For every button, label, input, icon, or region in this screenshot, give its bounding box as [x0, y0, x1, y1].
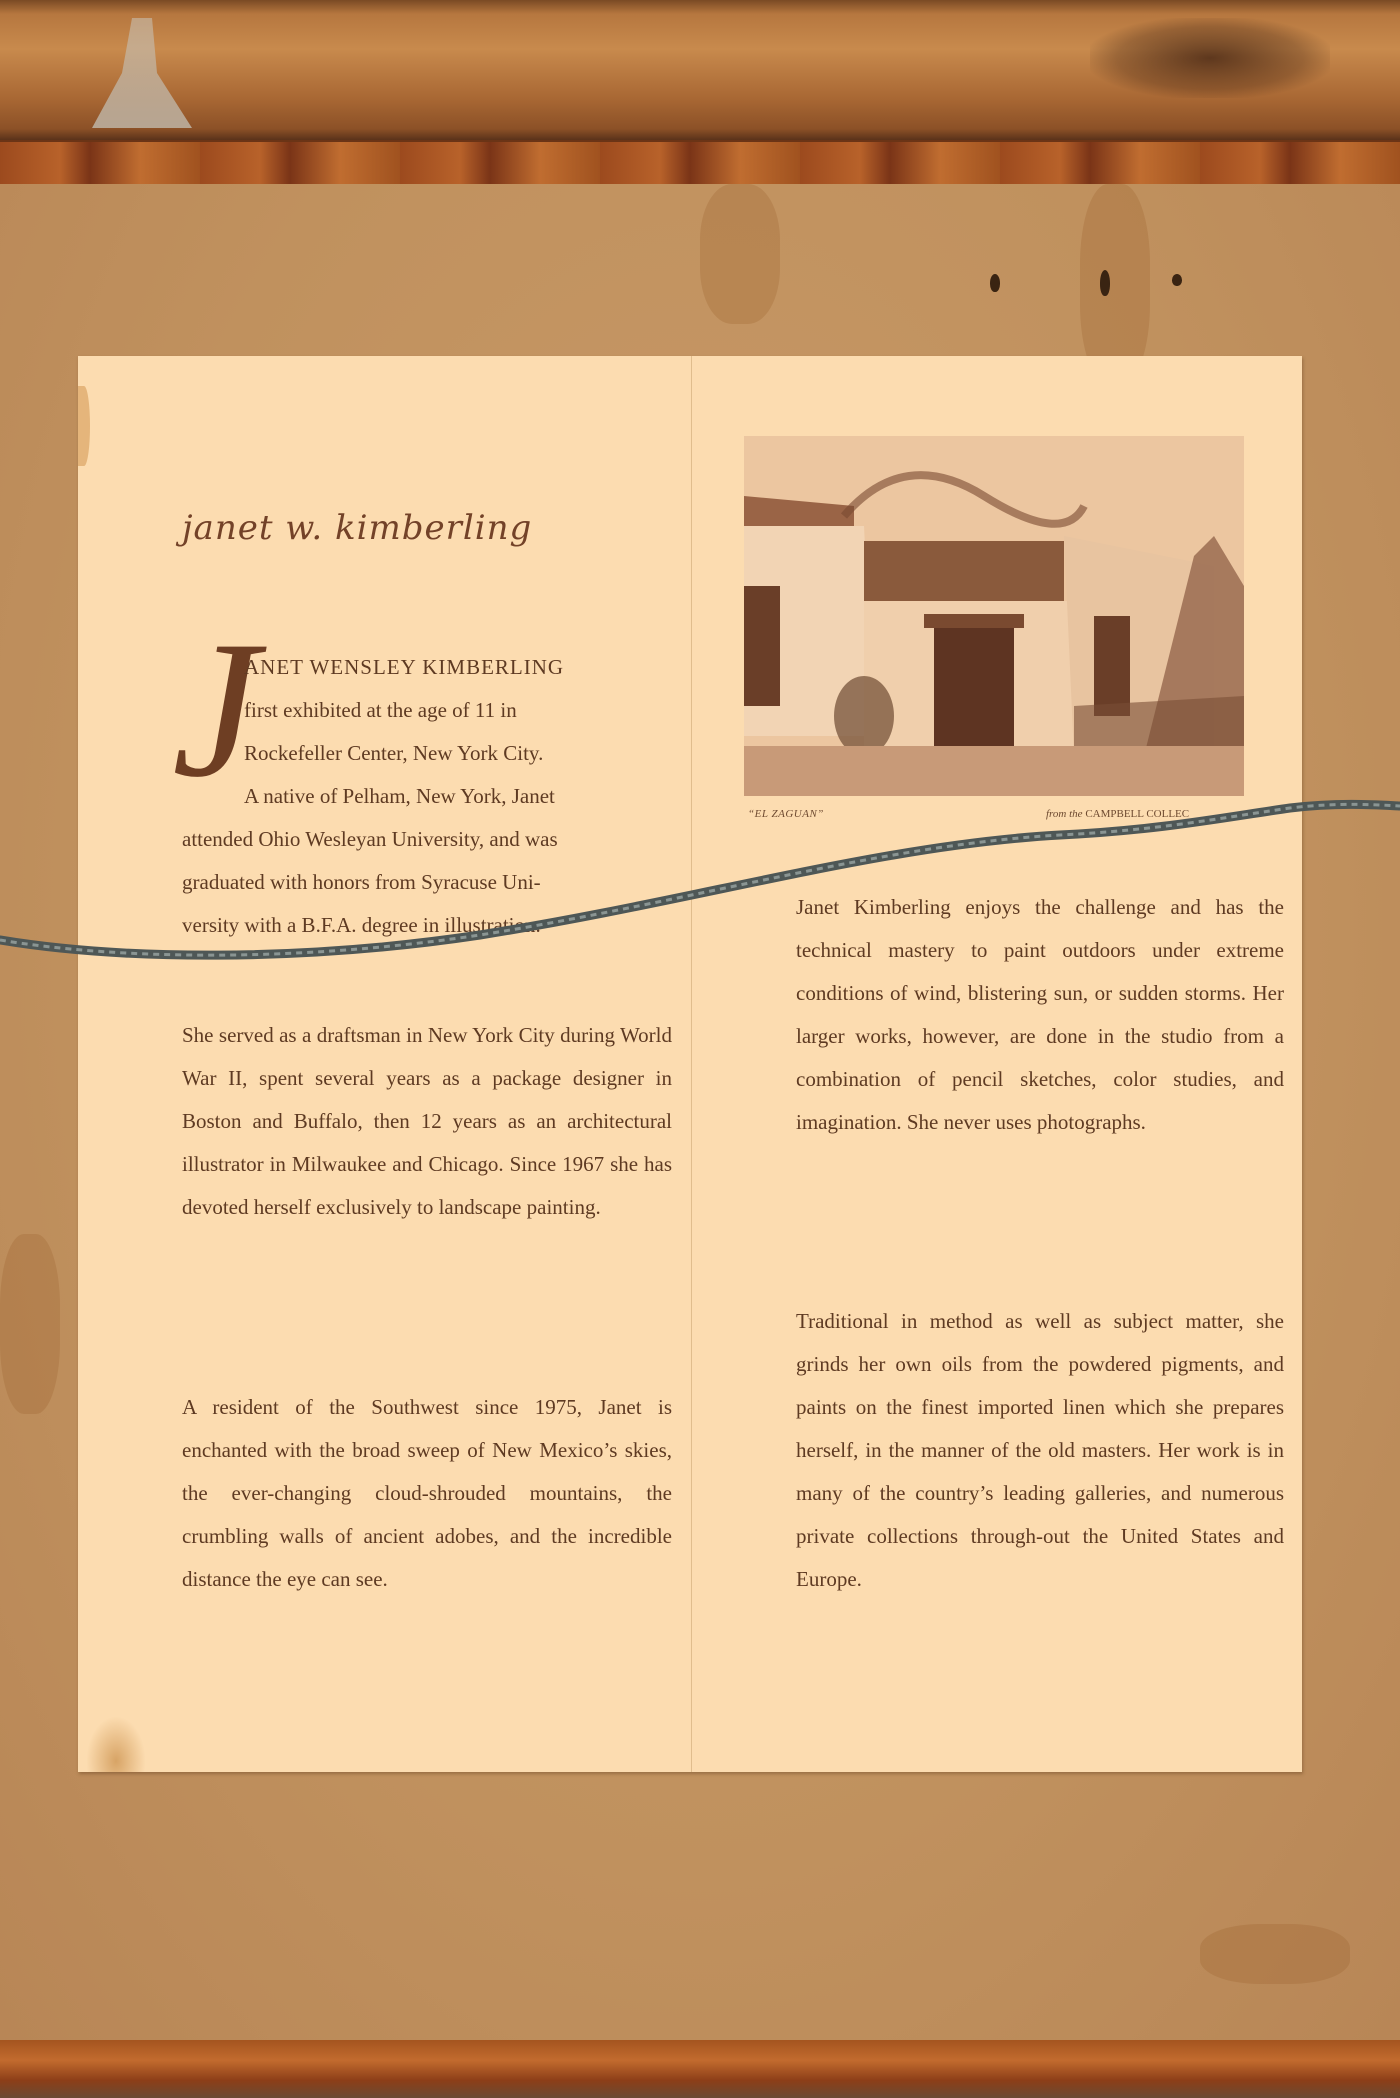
plaster-drip: [92, 18, 192, 128]
painting-source-caption: from the CAMPBELL COLLEC: [1046, 808, 1189, 820]
painting-reproduction-el-zaguan: [744, 436, 1244, 796]
water-stain: [1080, 184, 1150, 384]
water-stain: [700, 184, 780, 324]
bio-line: ANET WENSLEY KIMBERLING: [182, 646, 672, 689]
card-stain: [78, 386, 90, 466]
caption-collection: CAMPBELL COLLEC: [1085, 808, 1189, 820]
water-stain: [1200, 1924, 1350, 1984]
bio-line: attended Ohio Wesleyan University, and w…: [182, 818, 672, 861]
bio-line: A native of Pelham, New York, Janet: [182, 775, 672, 818]
nail-hole: [990, 274, 1000, 292]
nail-hole: [1100, 270, 1110, 296]
bio-paragraph-4: Janet Kimberling enjoys the challenge an…: [796, 886, 1284, 1144]
artist-name-title: janet w. kimberling: [182, 508, 602, 548]
card-stain: [86, 1716, 146, 1772]
bio-line: versity with a B.F.A. degree in illustra…: [182, 904, 672, 947]
frame-top-rail: [0, 0, 1400, 140]
bio-line: Rockefeller Center, New York City.: [182, 732, 672, 775]
bio-paragraph-5: Traditional in method as well as subject…: [796, 1300, 1284, 1601]
bio-paragraph-1: ANET WENSLEY KIMBERLING first exhibited …: [182, 646, 672, 947]
bio-line: graduated with honors from Syracuse Uni-: [182, 861, 672, 904]
painting-title-caption: “EL ZAGUAN”: [748, 808, 824, 820]
nail-hole: [1172, 274, 1182, 286]
adobe-house-illustration: [744, 436, 1244, 796]
biography-card: janet w. kimberling J ANET WENSLEY KIMBE…: [78, 356, 1302, 1772]
water-stain: [0, 1234, 60, 1414]
frame-bottom-rail: [0, 2040, 1400, 2098]
bio-paragraph-2: She served as a draftsman in New York Ci…: [182, 1014, 672, 1229]
wood-stain: [1090, 18, 1330, 98]
card-fold-line: [691, 356, 692, 1772]
bio-line: first exhibited at the age of 11 in: [182, 689, 672, 732]
bio-paragraph-3: A resident of the Southwest since 1975, …: [182, 1386, 672, 1601]
caption-prefix: from the: [1046, 808, 1083, 820]
frame-inner-strip: [0, 140, 1400, 188]
